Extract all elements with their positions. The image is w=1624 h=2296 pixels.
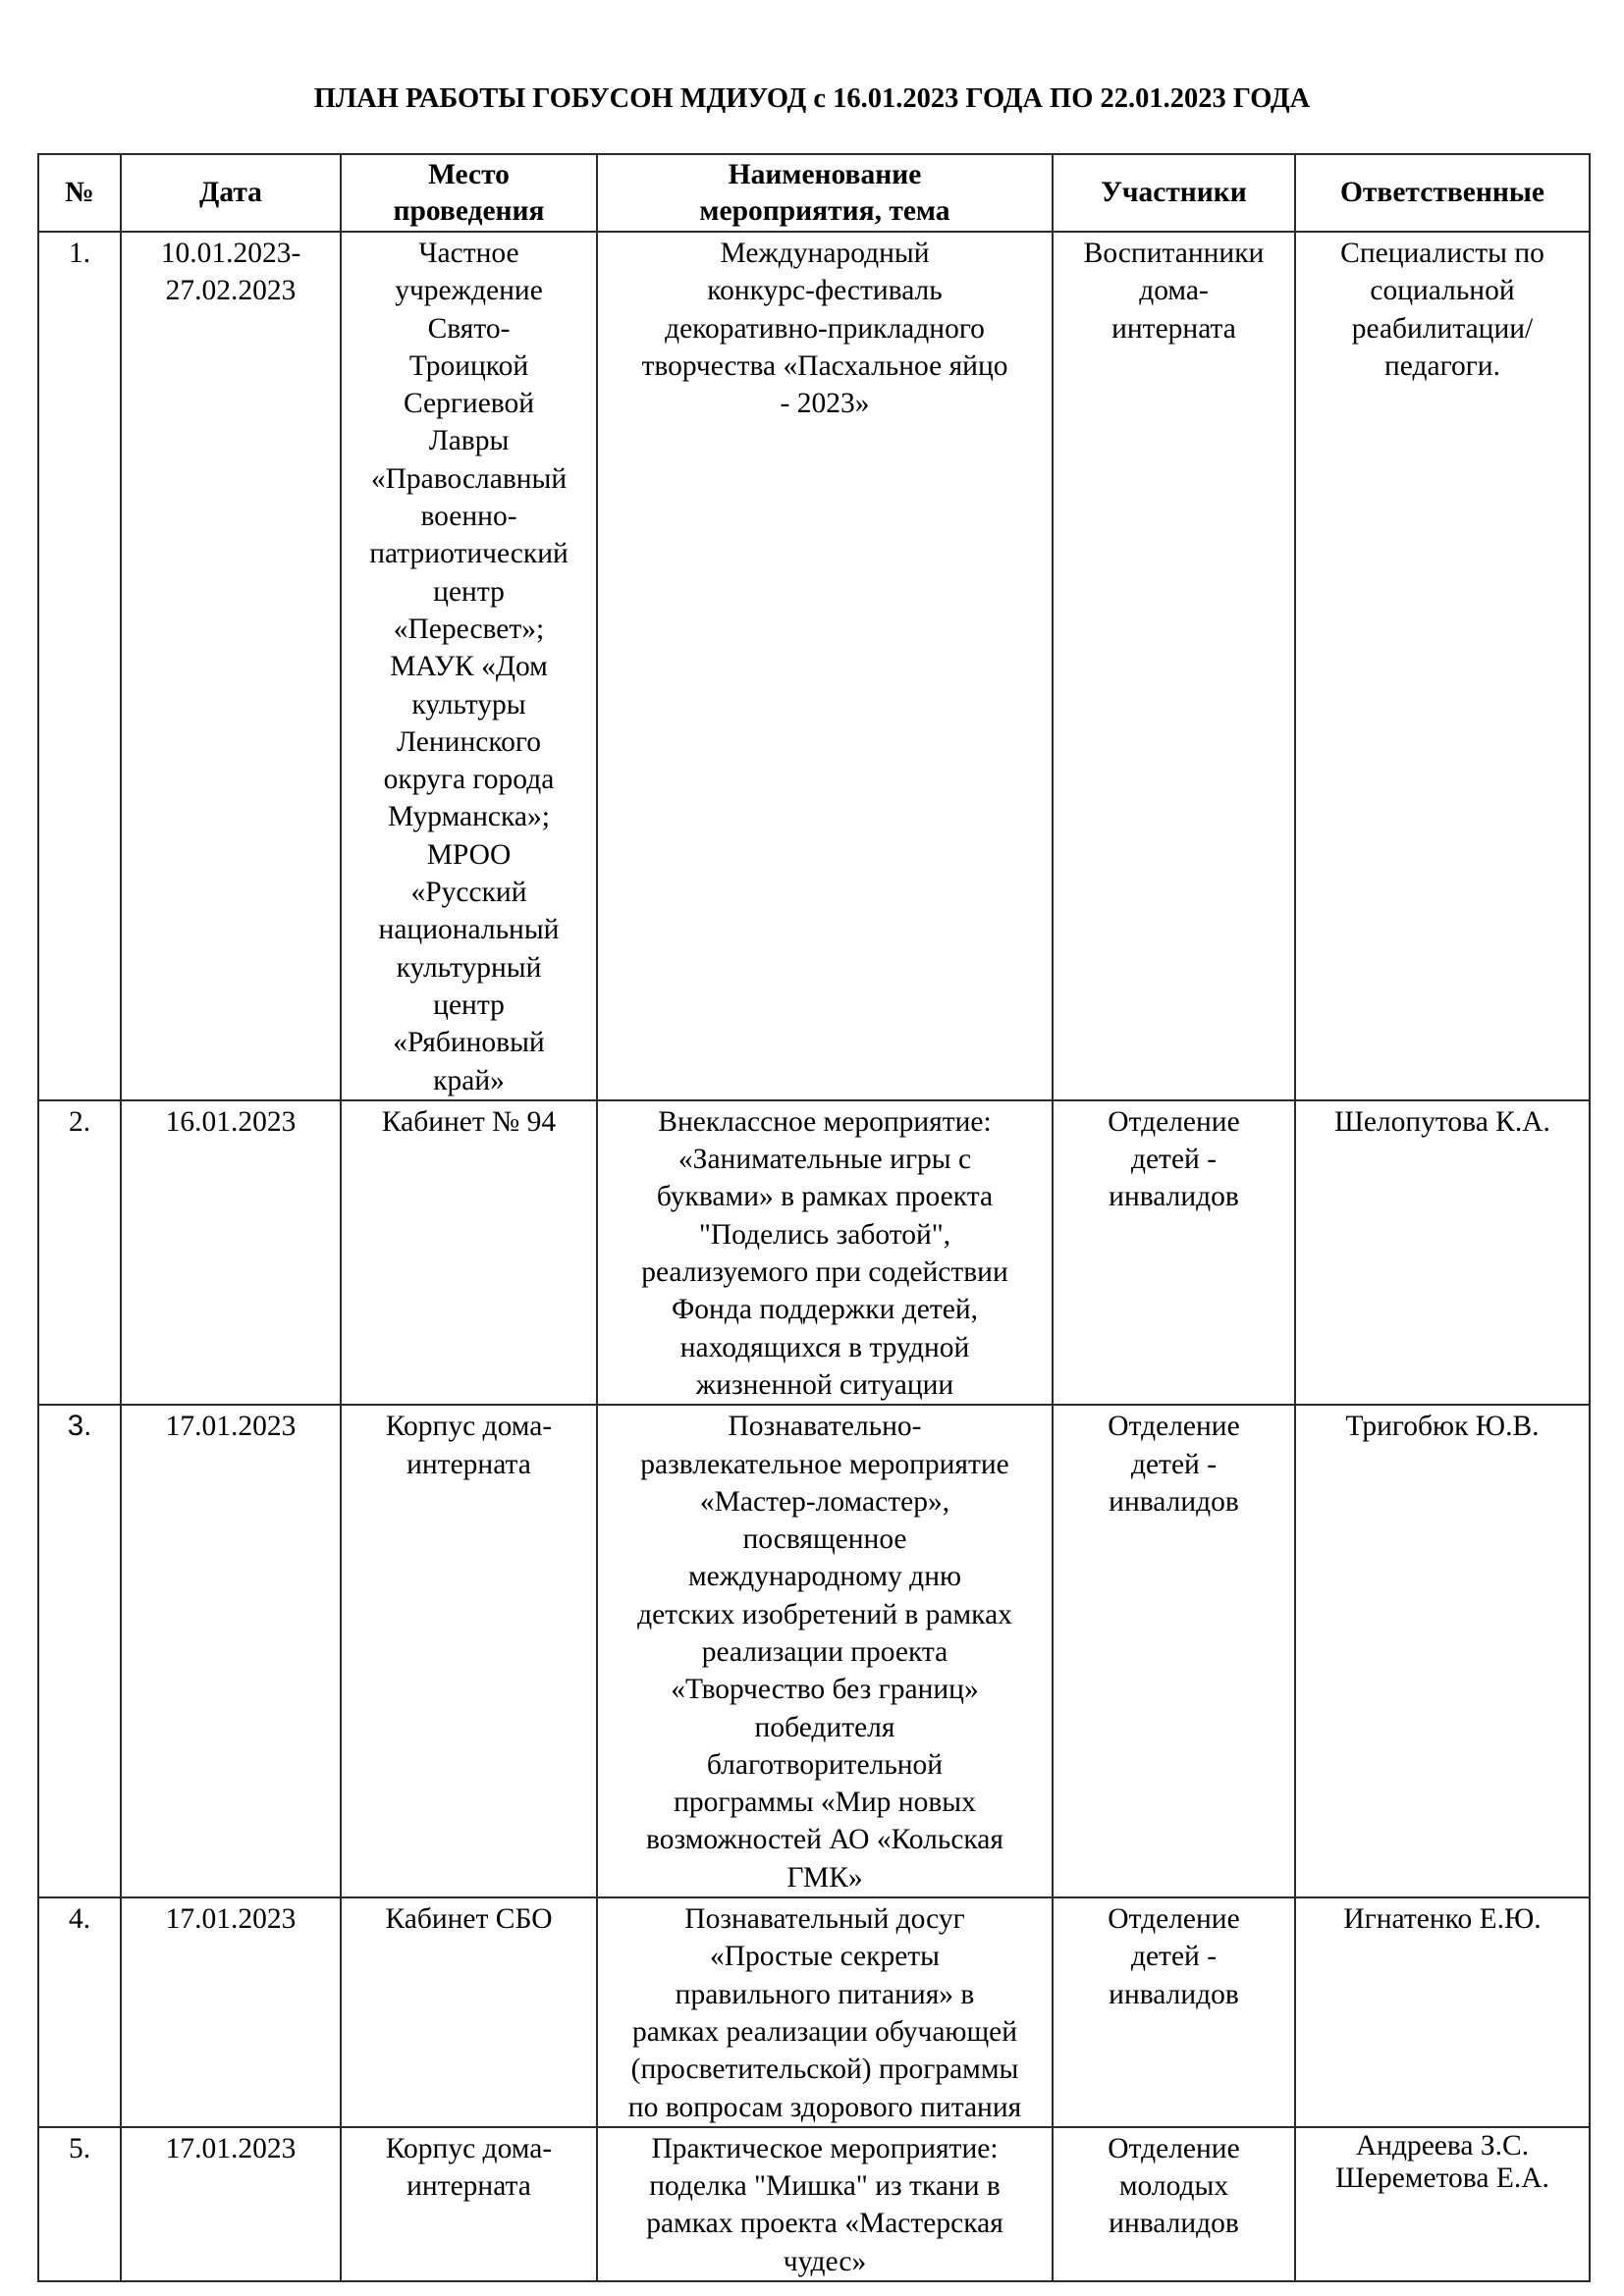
cell-text-line: культурный (342, 949, 596, 987)
cell-text-line: Сергиевой (342, 385, 596, 422)
header-participants: Участники (1053, 154, 1295, 232)
cell-text-line: Свято- (342, 310, 596, 347)
cell-number: 2. (38, 1100, 121, 1405)
cell-text-line: Познавательный досуг (598, 1900, 1052, 1938)
cell-text: Внеклассное мероприятие:«Занимательные и… (598, 1101, 1052, 1404)
cell-text: Ответственные (1296, 175, 1589, 211)
cell-text-line: Дата (122, 175, 340, 211)
cell-event: Международныйконкурс-фестивальдекоративн… (597, 232, 1053, 1100)
cell-text-line: МАУК «Дом (342, 648, 596, 685)
header-place: Местопроведения (341, 154, 597, 232)
cell-place: Кабинет № 94 (341, 1100, 597, 1405)
cell-text-line: центр (342, 987, 596, 1024)
cell-text-line: 17.01.2023 (122, 1408, 340, 1445)
cell-text-line: «Пересвет»; (342, 611, 596, 648)
cell-text-line: инвалидов (1054, 1976, 1294, 2013)
cell-text-line: Ответственные (1296, 175, 1589, 211)
cell-text-line: Кабинет СБО (342, 1900, 596, 1938)
cell-text-line: проведения (342, 193, 596, 230)
cell-text: Познавательно-развлекательное мероприяти… (598, 1406, 1052, 1896)
cell-text-line: благотворительной (598, 1746, 1052, 1784)
cell-text-line: Практическое мероприятие: (598, 2130, 1052, 2167)
cell-text-line: молодых (1054, 2167, 1294, 2205)
cell-date: 17.01.2023 (121, 2127, 341, 2281)
cell-text-line: Лавры (342, 422, 596, 459)
cell-text-line: реализуемого при содействии (598, 1254, 1052, 1291)
cell-place: Корпус дома-интерната (341, 2127, 597, 2281)
cell-text-line: Кабинет № 94 (342, 1103, 596, 1141)
cell-text-line: Корпус дома- (342, 2130, 596, 2167)
cell-text: Дата (122, 175, 340, 211)
table-row: 1. 10.01.2023-27.02.2023 Частноеучрежден… (38, 232, 1590, 1100)
cell-text-line: интерната (342, 1446, 596, 1483)
cell-text-line: детских изобретений в рамках (598, 1596, 1052, 1633)
cell-text-line: Внеклассное мероприятие: (598, 1103, 1052, 1141)
cell-text-line: поделка "Мишка" из ткани в (598, 2167, 1052, 2205)
cell-text-line: 16.01.2023 (122, 1103, 340, 1141)
cell-text-line: «Русский (342, 874, 596, 911)
page-title: ПЛАН РАБОТЫ ГОБУСОН МДИУОД с 16.01.2023 … (0, 82, 1624, 116)
cell-text-line: Международный (598, 235, 1052, 272)
cell-text-line: край» (342, 1062, 596, 1099)
cell-text-line: детей - (1054, 1141, 1294, 1178)
header-date: Дата (121, 154, 341, 232)
cell-text-line: национальный (342, 911, 596, 948)
cell-text: Тригобюк Ю.В. (1296, 1406, 1589, 1445)
cell-text: 3. (39, 1406, 120, 1445)
cell-text: 5. (39, 2128, 120, 2167)
cell-text: 10.01.2023-27.02.2023 (122, 233, 340, 310)
cell-text-line: инвалидов (1054, 2205, 1294, 2242)
table-row: 2. 16.01.2023 Кабинет № 94 Внеклассное м… (38, 1100, 1590, 1405)
cell-text-line: Частное (342, 235, 596, 272)
cell-event: Практическое мероприятие:поделка "Мишка"… (597, 2127, 1053, 2281)
cell-text-line: культуры (342, 686, 596, 723)
cell-text-line: Корпус дома- (342, 1408, 596, 1445)
cell-date: 17.01.2023 (121, 1897, 341, 2127)
cell-text-line: рамках реализации обучающей (598, 2013, 1052, 2051)
cell-text: 16.01.2023 (122, 1101, 340, 1141)
header-event: Наименованиемероприятия, тема (597, 154, 1053, 232)
cell-text-line: 17.01.2023 (122, 2130, 340, 2167)
cell-text-line: - 2023» (598, 385, 1052, 422)
cell-event: Познавательный досуг«Простые секретыправ… (597, 1897, 1053, 2127)
cell-text-line: интерната (342, 2167, 596, 2205)
cell-text-line: «Простые секреты (598, 1938, 1052, 1975)
cell-text-line: 4. (39, 1900, 120, 1938)
cell-text-line: «Занимательные игры с (598, 1141, 1052, 1178)
cell-text-line: правильного питания» в (598, 1976, 1052, 2013)
cell-responsible: Игнатенко Е.Ю. (1295, 1897, 1590, 2127)
cell-text-line: "Поделись заботой", (598, 1216, 1052, 1254)
cell-text-line: Мурманска»; (342, 798, 596, 835)
cell-participants: Отделениедетей -инвалидов (1053, 1100, 1295, 1405)
cell-text: Местопроведения (342, 157, 596, 230)
cell-text-line: 2. (39, 1103, 120, 1141)
cell-text-line: Познавательно- (598, 1408, 1052, 1445)
work-plan-table: № Дата Местопроведения Наименованиемероп… (37, 153, 1591, 2282)
cell-text-line: посвященное (598, 1521, 1052, 1558)
header-number: № (38, 154, 121, 232)
cell-text-line: Место (342, 157, 596, 193)
cell-text: Отделениедетей -инвалидов (1054, 1898, 1294, 2013)
cell-number: 3. (38, 1405, 121, 1897)
cell-event: Познавательно-развлекательное мероприяти… (597, 1405, 1053, 1897)
cell-text-line: Наименование (598, 157, 1052, 193)
cell-text-line: инвалидов (1054, 1483, 1294, 1521)
cell-event: Внеклассное мероприятие:«Занимательные и… (597, 1100, 1053, 1405)
cell-text: Андреева З.С.Шереметова Е.А. (1296, 2128, 1589, 2195)
cell-text-line: инвалидов (1054, 1178, 1294, 1215)
cell-text-line: Участники (1054, 175, 1294, 211)
cell-text: 17.01.2023 (122, 1406, 340, 1445)
cell-text: Кабинет СБО (342, 1898, 596, 1938)
cell-text-line: Воспитанники (1054, 235, 1294, 272)
table-row: 4. 17.01.2023 Кабинет СБО Познавательный… (38, 1897, 1590, 2127)
cell-text-line: социальной (1296, 272, 1589, 309)
cell-text-line: 1. (39, 235, 120, 272)
cell-responsible: Тригобюк Ю.В. (1295, 1405, 1590, 1897)
cell-text-line: патриотический (342, 535, 596, 572)
cell-place: Корпус дома-интерната (341, 1405, 597, 1897)
cell-text-line: Специалисты по (1296, 235, 1589, 272)
cell-participants: Отделениедетей -инвалидов (1053, 1897, 1295, 2127)
cell-text: 17.01.2023 (122, 2128, 340, 2167)
cell-text-line: декоративно-прикладного (598, 310, 1052, 347)
cell-text: Участники (1054, 175, 1294, 211)
cell-number: 4. (38, 1897, 121, 2127)
cell-text-line: 3. (39, 1408, 120, 1445)
cell-text-line: реабилитации/ (1296, 310, 1589, 347)
table-row: 3. 17.01.2023 Корпус дома-интерната Позн… (38, 1405, 1590, 1897)
cell-text: Корпус дома-интерната (342, 2128, 596, 2206)
cell-participants: Отделениемолодыхинвалидов (1053, 2127, 1295, 2281)
cell-text-line: военно- (342, 498, 596, 535)
cell-text-line: жизненной ситуации (598, 1366, 1052, 1404)
cell-date: 16.01.2023 (121, 1100, 341, 1405)
cell-text: Наименованиемероприятия, тема (598, 157, 1052, 230)
cell-text: ЧастноеучреждениеСвято-ТроицкойСергиевой… (342, 233, 596, 1099)
cell-text-line: «Творчество без границ» (598, 1671, 1052, 1708)
cell-participants: Отделениедетей -инвалидов (1053, 1405, 1295, 1897)
cell-responsible: Шелопутова К.А. (1295, 1100, 1590, 1405)
cell-text-line: «Мастер-ломастер», (598, 1483, 1052, 1521)
cell-text-line: учреждение (342, 272, 596, 309)
cell-text-line: находящихся в трудной (598, 1329, 1052, 1366)
cell-number: 1. (38, 232, 121, 1100)
cell-text: Шелопутова К.А. (1296, 1101, 1589, 1141)
cell-text-line: детей - (1054, 1446, 1294, 1483)
cell-text-line: дома- (1054, 272, 1294, 309)
cell-text-line: округа города (342, 761, 596, 798)
cell-text-line: Игнатенко Е.Ю. (1296, 1900, 1589, 1938)
cell-text: Воспитанникидома-интерната (1054, 233, 1294, 347)
cell-text-line: реализации проекта (598, 1633, 1052, 1671)
cell-text-line: развлекательное мероприятие (598, 1446, 1052, 1483)
cell-text: Отделениедетей -инвалидов (1054, 1406, 1294, 1521)
cell-text-line: по вопросам здорового питания (598, 2089, 1052, 2126)
cell-text: № (39, 175, 120, 211)
cell-text: 4. (39, 1898, 120, 1938)
table-row: 5. 17.01.2023 Корпус дома-интерната Прак… (38, 2127, 1590, 2281)
cell-text-line: Отделение (1054, 2130, 1294, 2167)
cell-text-line: МРОО (342, 836, 596, 874)
cell-text: Международныйконкурс-фестивальдекоративн… (598, 233, 1052, 422)
cell-participants: Воспитанникидома-интерната (1053, 232, 1295, 1100)
cell-date: 17.01.2023 (121, 1405, 341, 1897)
cell-text-line: буквами» в рамках проекта (598, 1178, 1052, 1215)
cell-text-line: 10.01.2023- (122, 235, 340, 272)
cell-number: 5. (38, 2127, 121, 2281)
header-responsible: Ответственные (1295, 154, 1590, 232)
cell-text-line: победителя (598, 1709, 1052, 1746)
cell-place: Кабинет СБО (341, 1897, 597, 2127)
cell-text: Корпус дома-интерната (342, 1406, 596, 1483)
cell-text: Кабинет № 94 (342, 1101, 596, 1141)
cell-text: 17.01.2023 (122, 1898, 340, 1938)
cell-text-line: творчества «Пасхальное яйцо (598, 347, 1052, 385)
cell-text-line: Шереметова Е.А. (1296, 2163, 1589, 2195)
cell-text-line: (просветительской) программы (598, 2051, 1052, 2088)
cell-text: 2. (39, 1101, 120, 1141)
cell-responsible: Специалисты посоциальнойреабилитации/пед… (1295, 232, 1590, 1100)
cell-text: 1. (39, 233, 120, 272)
cell-text-line: программы «Мир новых (598, 1784, 1052, 1821)
cell-text-line: Шелопутова К.А. (1296, 1103, 1589, 1141)
cell-text-line: 17.01.2023 (122, 1900, 340, 1938)
cell-text-line: Отделение (1054, 1103, 1294, 1141)
cell-place: ЧастноеучреждениеСвято-ТроицкойСергиевой… (341, 232, 597, 1100)
cell-date: 10.01.2023-27.02.2023 (121, 232, 341, 1100)
cell-text: Познавательный досуг«Простые секретыправ… (598, 1898, 1052, 2126)
cell-text-line: центр (342, 573, 596, 611)
cell-text-line: Отделение (1054, 1408, 1294, 1445)
cell-text-line: 27.02.2023 (122, 272, 340, 309)
cell-text-line: Тригобюк Ю.В. (1296, 1408, 1589, 1445)
cell-text-line: мероприятия, тема (598, 193, 1052, 230)
cell-text: Практическое мероприятие:поделка "Мишка"… (598, 2128, 1052, 2280)
cell-text-line: Ленинского (342, 723, 596, 761)
cell-text-line: № (39, 175, 120, 211)
cell-text-line: «Православный (342, 460, 596, 498)
cell-text-line: 5. (39, 2130, 120, 2167)
cell-text: Отделениедетей -инвалидов (1054, 1101, 1294, 1216)
cell-text-line: Андреева З.С. (1296, 2130, 1589, 2163)
cell-text-line: ГМК» (598, 1859, 1052, 1896)
cell-text-line: педагоги. (1296, 347, 1589, 385)
table-header-row: № Дата Местопроведения Наименованиемероп… (38, 154, 1590, 232)
cell-responsible: Андреева З.С.Шереметова Е.А. (1295, 2127, 1590, 2281)
cell-text-line: Отделение (1054, 1900, 1294, 1938)
cell-text-line: Троицкой (342, 347, 596, 385)
cell-text-line: рамках проекта «Мастерская (598, 2205, 1052, 2242)
cell-text-line: чудес» (598, 2243, 1052, 2280)
cell-text-line: Фонда поддержки детей, (598, 1291, 1052, 1328)
cell-text: Специалисты посоциальнойреабилитации/пед… (1296, 233, 1589, 385)
cell-text-line: интерната (1054, 310, 1294, 347)
cell-text-line: конкурс-фестиваль (598, 272, 1052, 309)
cell-text-line: «Рябиновый (342, 1024, 596, 1061)
cell-text: Отделениемолодыхинвалидов (1054, 2128, 1294, 2243)
cell-text-line: возможностей АО «Кольская (598, 1821, 1052, 1858)
cell-text-line: детей - (1054, 1938, 1294, 1975)
cell-text: Игнатенко Е.Ю. (1296, 1898, 1589, 1938)
cell-text-line: международному дню (598, 1558, 1052, 1595)
